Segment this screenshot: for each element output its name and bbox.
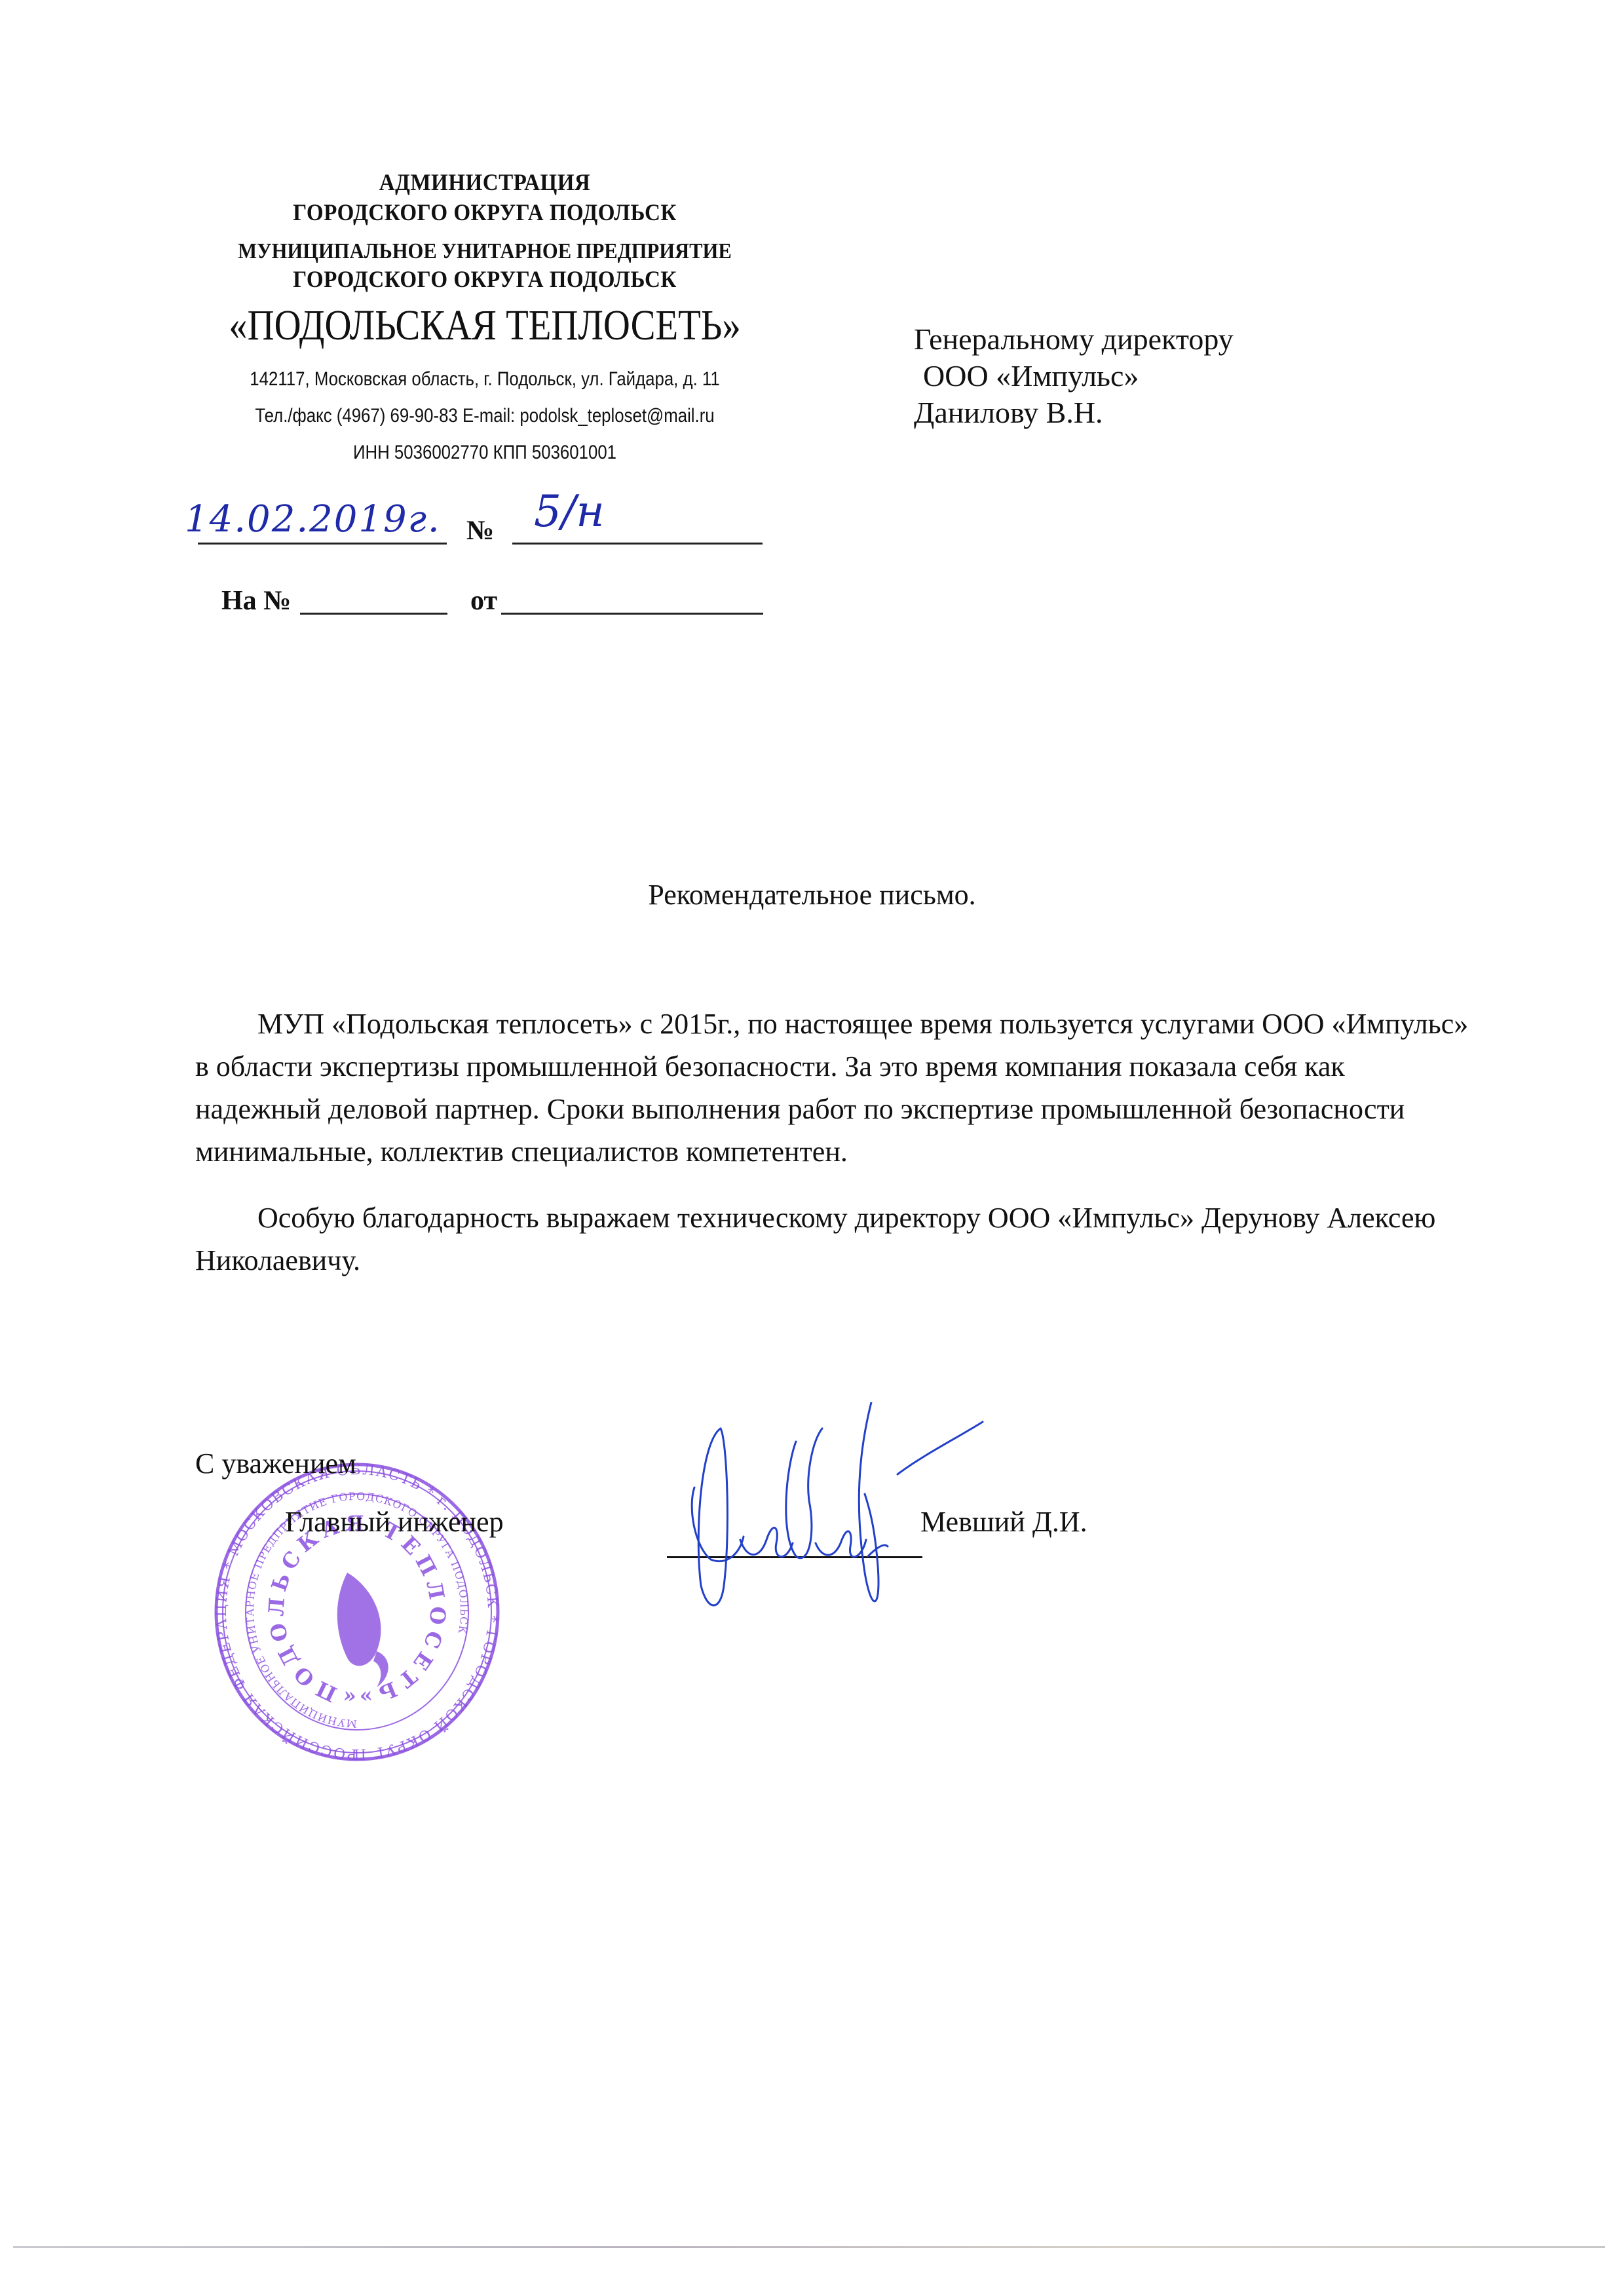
letterhead-inn-kpp: ИНН 5036002770 КПП 503601001 bbox=[225, 434, 744, 471]
addressee-block: Генеральному директору ООО «Импульс» Дан… bbox=[914, 321, 1234, 431]
letterhead-mup-line2: ГОРОДСКОГО ОКРУГА ПОДОЛЬСК bbox=[208, 264, 762, 294]
date-underline bbox=[198, 543, 447, 545]
from-underline bbox=[501, 613, 763, 615]
flame-emblem-icon bbox=[337, 1573, 388, 1687]
handwritten-signature bbox=[681, 1402, 1035, 1625]
letterhead-admin-line1: АДМИНИСТРАЦИЯ bbox=[208, 167, 762, 197]
letterhead-org-name: «ПОДОЛЬСКАЯ ТЕПЛОСЕТЬ» bbox=[225, 299, 744, 352]
signer-position: Главный инженер bbox=[285, 1505, 504, 1539]
scan-edge-line bbox=[13, 2246, 1605, 2248]
reply-number-underline bbox=[300, 613, 447, 615]
letterhead-phone-email: Тел./факс (4967) 69-90-83 E-mail: podols… bbox=[225, 398, 744, 434]
letterhead-mup-line1: МУНИЦИПАЛЬНОЕ УНИТАРНОЕ ПРЕДПРИЯТИЕ bbox=[214, 237, 756, 267]
handwritten-number: 5/н bbox=[534, 486, 605, 537]
letter-body: МУП «Подольская теплосеть» с 2015г., по … bbox=[195, 1003, 1473, 1305]
number-underline bbox=[512, 543, 763, 545]
addressee-line1: Генеральному директору bbox=[914, 321, 1234, 358]
letterhead: АДМИНИСТРАЦИЯ ГОРОДСКОГО ОКРУГА ПОДОЛЬСК… bbox=[183, 167, 786, 471]
body-paragraph: Особую благодарность выражаем техническо… bbox=[195, 1196, 1473, 1282]
reply-number-label: На № bbox=[221, 585, 291, 617]
body-paragraph: МУП «Подольская теплосеть» с 2015г., по … bbox=[195, 1003, 1473, 1173]
letter-title: Рекомендательное письмо. bbox=[0, 878, 1624, 911]
letterhead-admin-line2: ГОРОДСКОГО ОКРУГА ПОДОЛЬСК bbox=[208, 197, 762, 227]
closing-regards: С уважением bbox=[195, 1447, 356, 1480]
handwritten-date: 14.02.2019г. bbox=[185, 498, 441, 541]
letterhead-address: 142117, Московская область, г. Подольск,… bbox=[225, 361, 744, 398]
from-label: от bbox=[470, 585, 497, 617]
addressee-line2: ООО «Импульс» bbox=[914, 358, 1234, 394]
addressee-line3: Данилову В.Н. bbox=[914, 394, 1234, 431]
number-label: № bbox=[466, 515, 494, 546]
